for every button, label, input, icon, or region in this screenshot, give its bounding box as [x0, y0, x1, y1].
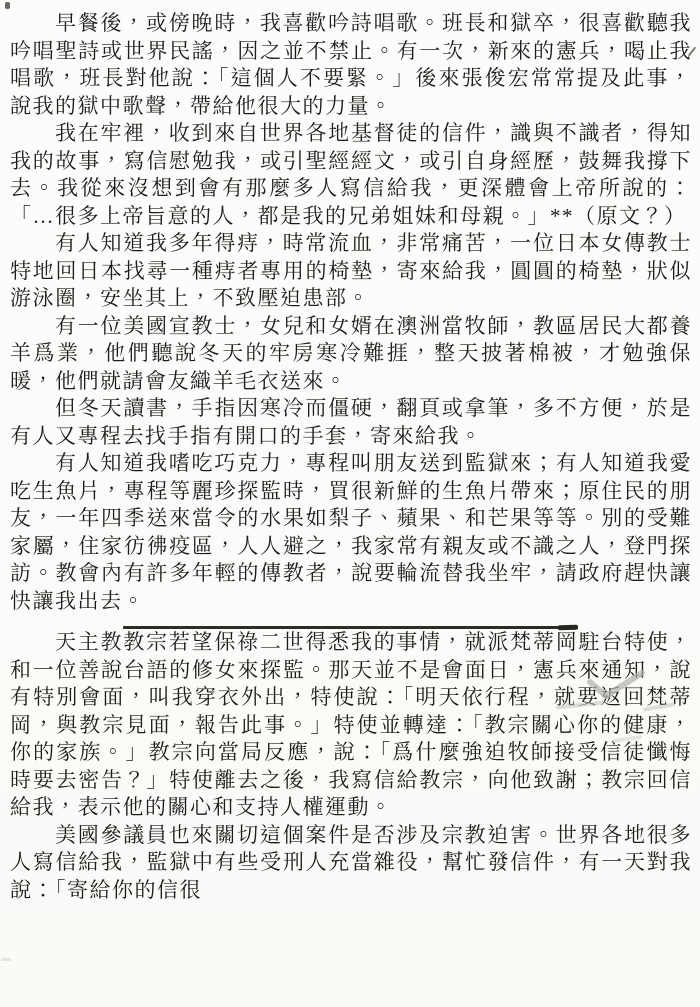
paragraph: 有人知道我嗜吃巧克力，專程叫朋友送到監獄來；有人知道我愛吃生魚片，專程等麗珍探監… — [10, 450, 692, 615]
paragraph: 有一位美國宣教士，女兒和女婿在澳洲當牧師，教區居民大都養羊爲業，他們聽說冬天的牢… — [10, 313, 692, 396]
pencil-smudge — [1, 958, 11, 961]
scanned-document-page: 早餐後，或傍晚時，我喜歡吟詩唱歌。班長和獄卒，很喜歡聽我吟唱聖詩或世界民謠，因之… — [0, 0, 700, 1007]
paragraph: 美國參議員也來關切這個案件是否涉及宗教迫害。世界各地很多人寫信給我，監獄中有些受… — [10, 822, 692, 905]
scan-speck — [5, 2, 10, 9]
section-divider-rule — [123, 626, 575, 629]
paragraph: 早餐後，或傍晚時，我喜歡吟詩唱歌。班長和獄卒，很喜歡聽我吟唱聖詩或世界民謠，因之… — [10, 10, 692, 120]
paragraph: 有人知道我多年得痔，時常流血，非常痛苦，一位日本女傳教士特地回日本找尋一種痔者專… — [10, 230, 692, 313]
paragraph: 但冬天讀書，手指因寒冷而僵硬，翻頁或拿筆，多不方便，於是有人又專程去找手指有開口… — [10, 395, 692, 450]
paragraph: 天主教教宗若望保祿二世得悉我的事情，就派梵蒂岡駐台特使，和一位善說台語的修女來探… — [10, 629, 692, 822]
paragraph: 我在牢裡，收到來自世界各地基督徒的信件，識與不識者，得知我的故事，寫信慰勉我，或… — [10, 120, 692, 230]
